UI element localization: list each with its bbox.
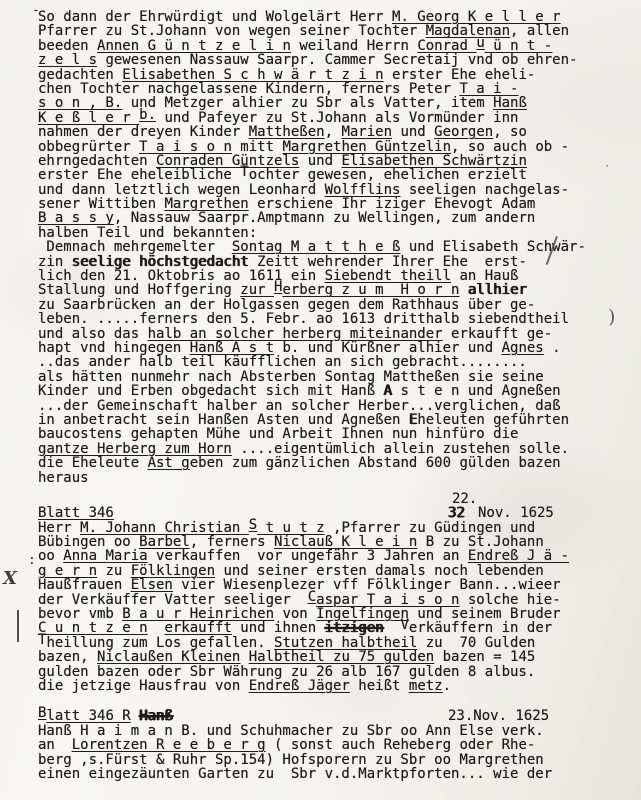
text-segment: Nov. 1625 bbox=[478, 506, 554, 520]
text-line: bazen, Niclaußen Kleinen Halbtheil zu 75… bbox=[38, 650, 638, 664]
scan-speck-mark: · bbox=[604, 162, 610, 172]
text-line: g e r n zu Fölklingen und seiner ersten … bbox=[38, 564, 638, 578]
scan-speck-mark: ) bbox=[608, 312, 615, 322]
text-line: und also das halb an solcher herberg mit… bbox=[38, 327, 638, 341]
text-segment: H bbox=[274, 279, 282, 295]
text-line: 22. bbox=[38, 492, 638, 506]
handwritten-x-mark: X bbox=[3, 574, 17, 584]
text-line: Hanß H a i m a n B. und Schuhmacher zu S… bbox=[38, 724, 638, 738]
text-segment: 22. bbox=[452, 492, 477, 506]
text-line: Stallung und Hoffgering zur Herberg z u … bbox=[38, 283, 638, 297]
document-page: So dann der Ehrwürdigt und Wolgelärt Her… bbox=[0, 0, 641, 800]
line-gap bbox=[38, 485, 638, 492]
text-line: sener Wittiben Margrethen erschiene Ihr … bbox=[38, 197, 638, 211]
text-line: leben. .....ferners den 5. Febr. ao 1613… bbox=[38, 312, 638, 326]
scan-speck-mark: : bbox=[28, 556, 36, 566]
text-line: So dann der Ehrwürdigt und Wolgelärt Her… bbox=[38, 10, 638, 24]
text-line: ...der Gemeinschaft halber an solcher He… bbox=[38, 399, 638, 413]
scan-speck-mark: - bbox=[64, 8, 70, 18]
text-line: baucostens gehapten Mühe und Arbeit Ihne… bbox=[38, 427, 638, 441]
document-text-body: So dann der Ehrwürdigt und Wolgelärt Her… bbox=[38, 10, 638, 781]
text-segment: heraus bbox=[38, 470, 89, 486]
text-line: beeden Annen G ü n t z e l i n weiland H… bbox=[38, 39, 638, 53]
text-line: Kinder und Erben obgedacht sich mit Hanß… bbox=[38, 384, 638, 398]
text-line: heraus bbox=[38, 471, 638, 485]
line-gap bbox=[38, 693, 638, 709]
text-segment: 32 bbox=[448, 506, 465, 520]
text-line: Herr M. Johann Christian S t u t z ,Pfar… bbox=[38, 521, 638, 535]
text-segment: eben zum gänzlichen Abstand 600 gülden b… bbox=[190, 455, 561, 471]
text-line: Demnach mehrgemelter Sontag M a t t h e … bbox=[38, 240, 638, 254]
text-segment: Endreß Jäger bbox=[249, 678, 350, 694]
text-line: erster Ehe eheleibliche Tochter gewesen,… bbox=[38, 168, 638, 182]
text-segment: u bbox=[476, 35, 484, 51]
text-segment: 23.Nov. 1625 bbox=[448, 709, 549, 723]
text-line: chen Tochter nachgelassene Kindern, fern… bbox=[38, 82, 638, 96]
text-line: K e ß l e r b. und Pafeyer zu St.Johann … bbox=[38, 111, 638, 125]
text-segment: V bbox=[400, 617, 408, 633]
text-line: der Verkäuffer Vatter seeliger Caspar T … bbox=[38, 593, 638, 607]
text-line: B a s s y, Nassauw Saarpr.Amptmann zu We… bbox=[38, 211, 638, 225]
text-line: Blatt 346 R Hanß23.Nov. 1625 bbox=[38, 709, 638, 723]
text-line: ehrngedachten Conraden Güntzels und Elis… bbox=[38, 154, 638, 168]
text-segment: Ast g bbox=[148, 455, 190, 471]
text-segment: T bbox=[240, 164, 248, 180]
text-line: einen eingezäunten Garten zu Sbr v.d.Mar… bbox=[38, 767, 638, 781]
text-line: und dann letztlich wegen Leonhard Wolffl… bbox=[38, 183, 638, 197]
text-line: z e l s gewesenen Nassauw Saarpr. Cammer… bbox=[38, 53, 638, 67]
text-line: zu Saarbrücken an der Holgassen gegen de… bbox=[38, 298, 638, 312]
text-line: oo Anna Maria verkauffen vor ungefähr 3 … bbox=[38, 549, 638, 563]
text-segment: C bbox=[308, 589, 316, 605]
text-line: in anbetracht sein Hanßen Asten und Agne… bbox=[38, 413, 638, 427]
text-line: hapt vnd hingegen Hanß A s t b. und Kürß… bbox=[38, 341, 638, 355]
text-line: halben Teil und bekannten: bbox=[38, 226, 638, 240]
text-line: die jetzige Hausfrau von Endreß Jäger he… bbox=[38, 679, 638, 693]
text-segment: metz bbox=[409, 678, 443, 694]
text-line: nahmen der dreyen Kinder Mattheßen, Mari… bbox=[38, 125, 638, 139]
text-segment: heißt bbox=[350, 678, 409, 694]
text-segment: b. bbox=[139, 107, 156, 123]
text-segment: B bbox=[38, 705, 46, 721]
text-line: obbegrürter T a i s o n mitt Margrethen … bbox=[38, 140, 638, 154]
text-line: berg ,s.Fürst & Ruhr Sp.154) Hofsporern … bbox=[38, 753, 638, 767]
text-line: Bübingen oo Barbel, ferners Niclauß K l … bbox=[38, 535, 638, 549]
text-line: Theillung zum Los gefallen. Stutzen halb… bbox=[38, 636, 638, 650]
text-segment: S bbox=[249, 517, 257, 533]
text-line: die Eheleute Ast geben zum gänzlichen Ab… bbox=[38, 456, 638, 470]
text-segment: T bbox=[38, 632, 46, 648]
margin-vertical-line-mark bbox=[17, 610, 19, 642]
text-line: s o n , B. und Metzger alhier zu Sbr als… bbox=[38, 96, 638, 110]
scan-speck-mark: - bbox=[32, 6, 40, 16]
text-line: Blatt 34632Nov. 1625 bbox=[38, 506, 638, 520]
text-line: Haußfrauen Elsen vier Wiesenplezer vff F… bbox=[38, 578, 638, 592]
text-segment: . bbox=[443, 678, 451, 694]
text-segment: die jetzige Hausfrau von bbox=[38, 678, 249, 694]
text-segment: . bbox=[544, 340, 561, 356]
text-line: gulden bazen oder Sbr Währung zu 26 alb … bbox=[38, 665, 638, 679]
text-line: C u n t z e n erkaufft und ihnen itzigen… bbox=[38, 621, 638, 635]
text-segment: einen eingezäunten Garten zu Sbr v.d.Mar… bbox=[38, 766, 552, 782]
text-line: gantze Herberg zum Horn ....eigentümlich… bbox=[38, 442, 638, 456]
text-line: gedachten Elisabethen S c h w ä r t z i … bbox=[38, 68, 638, 82]
text-line: Pfarrer zu St.Johann von wegen seiner To… bbox=[38, 24, 638, 38]
text-line: ..das ander halb teil käufflichen an sic… bbox=[38, 355, 638, 369]
text-line: als hätten nunmehr nach Absterben Sontag… bbox=[38, 370, 638, 384]
text-line: an Lorentzen R e e b e r g ( sonst auch … bbox=[38, 738, 638, 752]
